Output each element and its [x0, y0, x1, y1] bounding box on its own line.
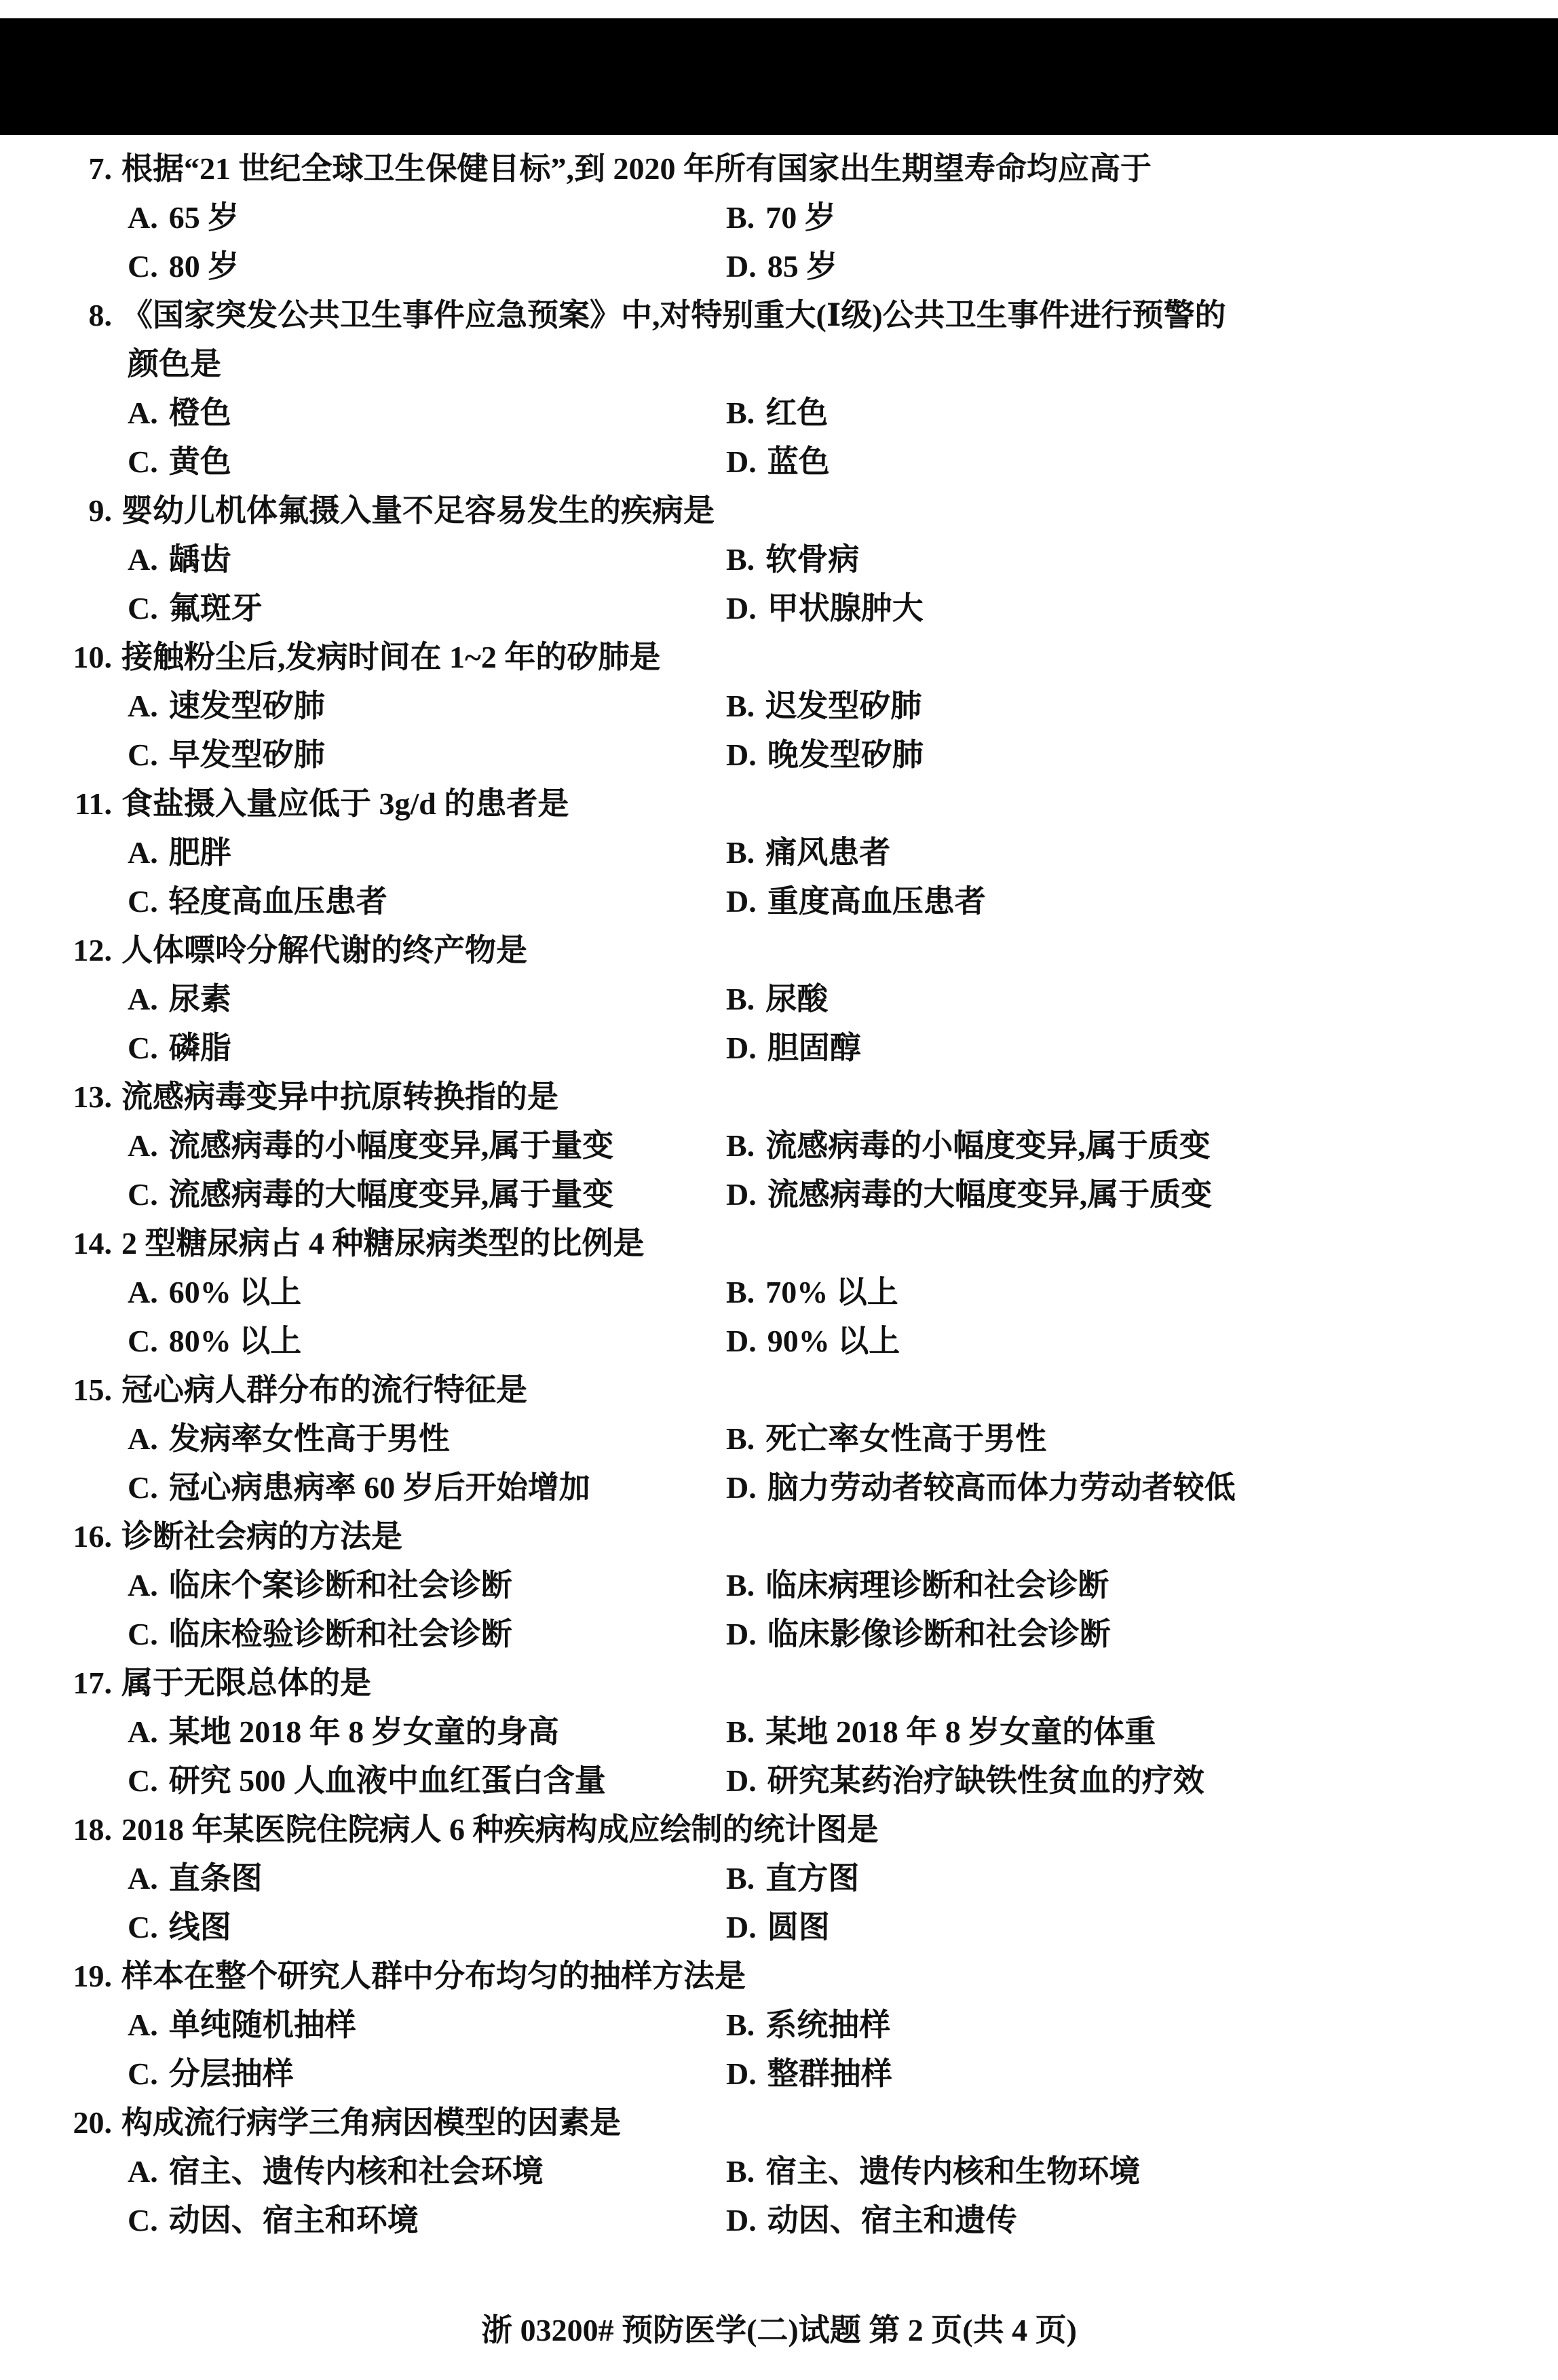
- question-stem: 冠心病人群分布的流行特征是: [121, 1375, 527, 1406]
- option-label: B.: [726, 544, 755, 575]
- question-8: 8. 《国家突发公共卫生事件应急预案》中,对特别重大(Ⅰ级)公共卫生事件进行预警…: [0, 291, 1558, 486]
- option-text: 研究 500 人血液中血红蛋白含量: [169, 1765, 606, 1797]
- option-label: D.: [726, 1326, 757, 1357]
- option-label: B.: [726, 2010, 755, 2041]
- option-label: B.: [726, 1570, 755, 1601]
- question-stem: 根据“21 世纪全球卫生保健目标”,到 2020 年所有国家出生期望寿命均应高于: [121, 153, 1152, 185]
- option-text: 晚发型矽肺: [767, 740, 924, 771]
- option-label: C.: [128, 1033, 158, 1064]
- option-b: B. 尿酸: [726, 984, 828, 1015]
- option-label: B.: [726, 837, 755, 868]
- page-footer: 浙 03200# 预防医学(二)试题 第 2 页(共 4 页): [0, 2305, 1558, 2350]
- option-label: A.: [128, 2010, 158, 2041]
- option-text: 分层抽样: [169, 2058, 294, 2090]
- option-label: C.: [128, 1179, 158, 1210]
- question-number: 18.: [0, 1814, 112, 1845]
- option-c: C. 线图: [128, 1912, 726, 1943]
- option-text: 痛风患者: [765, 837, 890, 868]
- option-a: A. 龋齿: [128, 544, 726, 575]
- option-label: C.: [128, 1912, 158, 1943]
- option-label: C.: [128, 2205, 158, 2236]
- option-c: C. 磷脂: [128, 1033, 726, 1064]
- question-number: 8.: [0, 300, 112, 331]
- option-text: 70 岁: [765, 202, 836, 233]
- option-d: D. 重度高血压患者: [726, 886, 986, 917]
- question-stem: 《国家突发公共卫生事件应急预案》中,对特别重大(Ⅰ级)公共卫生事件进行预警的: [121, 300, 1226, 331]
- option-text: 单纯随机抽样: [169, 2010, 356, 2041]
- question-7: 7. 根据“21 世纪全球卫生保健目标”,到 2020 年所有国家出生期望寿命均…: [0, 145, 1558, 291]
- question-17: 17. 属于无限总体的是 A. 某地 2018 年 8 岁女童的身高 B. 某地…: [0, 1659, 1558, 1805]
- option-text: 龋齿: [169, 544, 231, 575]
- question-number: 17.: [0, 1668, 112, 1699]
- option-a: A. 流感病毒的小幅度变异,属于量变: [128, 1130, 726, 1162]
- option-text: 70% 以上: [765, 1277, 898, 1308]
- question-number: 13.: [0, 1081, 112, 1113]
- option-label: D.: [726, 1472, 757, 1503]
- option-label: A.: [128, 1863, 158, 1894]
- option-label: B.: [726, 984, 755, 1015]
- questions-area: 7. 根据“21 世纪全球卫生保健目标”,到 2020 年所有国家出生期望寿命均…: [0, 145, 1558, 2245]
- option-label: D.: [726, 1179, 757, 1210]
- option-d: D. 胆固醇: [726, 1033, 861, 1064]
- option-label: B.: [726, 1277, 755, 1308]
- option-text: 尿酸: [765, 984, 828, 1015]
- option-d: D. 90% 以上: [726, 1326, 900, 1357]
- question-18: 18. 2018 年某医院住院病人 6 种疾病构成应绘制的统计图是 A. 直条图…: [0, 1805, 1558, 1952]
- question-stem-line2: 颜色是: [128, 349, 221, 380]
- option-text: 研究某药治疗缺铁性贫血的疗效: [767, 1765, 1204, 1797]
- question-stem: 2 型糖尿病占 4 种糖尿病类型的比例是: [121, 1228, 645, 1259]
- redacted-header-bar: [0, 18, 1558, 135]
- option-c: C. 分层抽样: [128, 2058, 726, 2090]
- option-label: D.: [726, 1619, 757, 1650]
- option-label: D.: [726, 1033, 757, 1064]
- question-stem: 样本在整个研究人群中分布均匀的抽样方法是: [121, 1961, 746, 1992]
- option-label: C.: [128, 1472, 158, 1503]
- option-c: C. 氟斑牙: [128, 593, 726, 624]
- option-b: B. 某地 2018 年 8 岁女童的体重: [726, 1716, 1156, 1748]
- option-text: 早发型矽肺: [169, 740, 325, 771]
- option-text: 直条图: [169, 1863, 263, 1894]
- option-label: C.: [128, 446, 158, 478]
- option-text: 系统抽样: [765, 2010, 890, 2041]
- option-label: A.: [128, 202, 158, 233]
- option-c: C. 早发型矽肺: [128, 740, 726, 771]
- option-c: C. 冠心病患病率 60 岁后开始增加: [128, 1472, 726, 1503]
- option-text: 尿素: [169, 984, 231, 1015]
- option-a: A. 临床个案诊断和社会诊断: [128, 1570, 726, 1601]
- option-label: A.: [128, 398, 158, 429]
- option-text: 动因、宿主和遗传: [767, 2205, 1017, 2236]
- option-text: 脑力劳动者较高而体力劳动者较低: [767, 1472, 1236, 1503]
- option-text: 甲状腺肿大: [767, 593, 924, 624]
- question-number: 15.: [0, 1375, 112, 1406]
- question-11: 11. 食盐摄入量应低于 3g/d 的患者是 A. 肥胖 B. 痛风患者 C. …: [0, 780, 1558, 926]
- option-label: A.: [128, 837, 158, 868]
- question-13: 13. 流感病毒变异中抗原转换指的是 A. 流感病毒的小幅度变异,属于量变 B.…: [0, 1073, 1558, 1219]
- question-number: 10.: [0, 642, 112, 673]
- option-b: B. 痛风患者: [726, 837, 890, 868]
- option-label: A.: [128, 1716, 158, 1748]
- option-a: A. 单纯随机抽样: [128, 2010, 726, 2041]
- option-d: D. 动因、宿主和遗传: [726, 2205, 1017, 2236]
- option-d: D. 流感病毒的大幅度变异,属于质变: [726, 1179, 1212, 1210]
- question-number: 9.: [0, 495, 112, 526]
- option-b: B. 死亡率女性高于男性: [726, 1423, 1046, 1455]
- option-text: 胆固醇: [767, 1033, 861, 1064]
- option-label: D.: [726, 740, 757, 771]
- question-12: 12. 人体嘌呤分解代谢的终产物是 A. 尿素 B. 尿酸 C. 磷脂: [0, 926, 1558, 1073]
- option-b: B. 软骨病: [726, 544, 859, 575]
- option-text: 死亡率女性高于男性: [765, 1423, 1046, 1455]
- option-text: 线图: [169, 1912, 231, 1943]
- option-text: 肥胖: [169, 837, 231, 868]
- question-number: 11.: [0, 788, 112, 820]
- option-text: 宿主、遗传内核和社会环境: [169, 2156, 544, 2187]
- question-number: 16.: [0, 1521, 112, 1552]
- option-a: A. 速发型矽肺: [128, 691, 726, 722]
- question-19: 19. 样本在整个研究人群中分布均匀的抽样方法是 A. 单纯随机抽样 B. 系统…: [0, 1952, 1558, 2098]
- option-text: 圆图: [767, 1912, 830, 1943]
- option-text: 发病率女性高于男性: [169, 1423, 450, 1455]
- option-b: B. 70 岁: [726, 202, 836, 233]
- question-stem: 人体嘌呤分解代谢的终产物是: [121, 935, 527, 966]
- option-c: C. 80% 以上: [128, 1326, 726, 1357]
- question-stem: 构成流行病学三角病因模型的因素是: [121, 2107, 621, 2138]
- option-text: 80% 以上: [169, 1326, 302, 1357]
- option-label: A.: [128, 984, 158, 1015]
- option-text: 轻度高血压患者: [169, 886, 387, 917]
- option-text: 临床病理诊断和社会诊断: [765, 1570, 1109, 1601]
- option-d: D. 晚发型矽肺: [726, 740, 924, 771]
- option-label: D.: [726, 886, 757, 917]
- option-b: B. 宿主、遗传内核和生物环境: [726, 2156, 1140, 2187]
- option-label: B.: [726, 1716, 755, 1748]
- question-number: 7.: [0, 153, 112, 185]
- question-number: 14.: [0, 1228, 112, 1259]
- question-16: 16. 诊断社会病的方法是 A. 临床个案诊断和社会诊断 B. 临床病理诊断和社…: [0, 1512, 1558, 1659]
- option-text: 软骨病: [765, 544, 859, 575]
- option-a: A. 某地 2018 年 8 岁女童的身高: [128, 1716, 726, 1748]
- option-label: B.: [726, 2156, 755, 2187]
- option-text: 红色: [765, 398, 828, 429]
- option-d: D. 研究某药治疗缺铁性贫血的疗效: [726, 1765, 1204, 1797]
- option-text: 磷脂: [169, 1033, 231, 1064]
- option-text: 整群抽样: [767, 2058, 892, 2090]
- question-10: 10. 接触粉尘后,发病时间在 1~2 年的矽肺是 A. 速发型矽肺 B. 迟发…: [0, 633, 1558, 780]
- option-label: C.: [128, 251, 158, 282]
- option-b: B. 系统抽样: [726, 2010, 890, 2041]
- option-c: C. 临床检验诊断和社会诊断: [128, 1619, 726, 1650]
- option-label: D.: [726, 1765, 757, 1797]
- option-d: D. 整群抽样: [726, 2058, 892, 2090]
- option-d: D. 圆图: [726, 1912, 830, 1943]
- option-text: 宿主、遗传内核和生物环境: [765, 2156, 1140, 2187]
- option-label: B.: [726, 202, 755, 233]
- option-a: A. 宿主、遗传内核和社会环境: [128, 2156, 726, 2187]
- option-label: D.: [726, 1912, 757, 1943]
- option-label: B.: [726, 691, 755, 722]
- option-text: 流感病毒的小幅度变异,属于质变: [765, 1130, 1211, 1162]
- option-c: C. 80 岁: [128, 251, 726, 282]
- option-text: 动因、宿主和环境: [169, 2205, 419, 2236]
- option-text: 90% 以上: [767, 1326, 900, 1357]
- option-b: B. 流感病毒的小幅度变异,属于质变: [726, 1130, 1211, 1162]
- question-stem: 接触粉尘后,发病时间在 1~2 年的矽肺是: [121, 642, 660, 673]
- option-text: 蓝色: [767, 446, 830, 478]
- option-label: B.: [726, 398, 755, 429]
- option-text: 氟斑牙: [169, 593, 263, 624]
- option-d: D. 临床影像诊断和社会诊断: [726, 1619, 1111, 1650]
- option-label: D.: [726, 2058, 757, 2090]
- question-15: 15. 冠心病人群分布的流行特征是 A. 发病率女性高于男性 B. 死亡率女性高…: [0, 1366, 1558, 1512]
- question-stem: 诊断社会病的方法是: [121, 1521, 402, 1552]
- option-a: A. 橙色: [128, 398, 726, 429]
- option-d: D. 蓝色: [726, 446, 830, 478]
- option-label: C.: [128, 2058, 158, 2090]
- option-label: C.: [128, 1326, 158, 1357]
- option-text: 临床影像诊断和社会诊断: [767, 1619, 1111, 1650]
- option-label: C.: [128, 740, 158, 771]
- option-label: A.: [128, 544, 158, 575]
- option-label: C.: [128, 593, 158, 624]
- option-label: A.: [128, 1277, 158, 1308]
- question-stem: 食盐摄入量应低于 3g/d 的患者是: [121, 788, 569, 820]
- option-label: A.: [128, 2156, 158, 2187]
- option-a: A. 65 岁: [128, 202, 726, 233]
- option-text: 65 岁: [169, 202, 240, 233]
- option-label: D.: [726, 446, 757, 478]
- option-text: 85 岁: [767, 251, 838, 282]
- option-a: A. 发病率女性高于男性: [128, 1423, 726, 1455]
- option-b: B. 迟发型矽肺: [726, 691, 921, 722]
- option-c: C. 轻度高血压患者: [128, 886, 726, 917]
- option-label: C.: [128, 1619, 158, 1650]
- option-a: A. 肥胖: [128, 837, 726, 868]
- option-label: D.: [726, 593, 757, 624]
- question-20: 20. 构成流行病学三角病因模型的因素是 A. 宿主、遗传内核和社会环境 B. …: [0, 2098, 1558, 2245]
- question-stem: 2018 年某医院住院病人 6 种疾病构成应绘制的统计图是: [121, 1814, 879, 1845]
- option-text: 迟发型矽肺: [765, 691, 921, 722]
- option-label: A.: [128, 1130, 158, 1162]
- question-stem: 属于无限总体的是: [121, 1668, 371, 1699]
- option-text: 某地 2018 年 8 岁女童的体重: [765, 1716, 1156, 1748]
- option-b: B. 70% 以上: [726, 1277, 898, 1308]
- question-stem: 流感病毒变异中抗原转换指的是: [121, 1081, 558, 1113]
- option-label: A.: [128, 1423, 158, 1455]
- option-label: D.: [726, 2205, 757, 2236]
- option-d: D. 甲状腺肿大: [726, 593, 924, 624]
- option-text: 80 岁: [169, 251, 240, 282]
- option-label: B.: [726, 1863, 755, 1894]
- option-text: 某地 2018 年 8 岁女童的身高: [169, 1716, 559, 1748]
- option-label: C.: [128, 886, 158, 917]
- question-14: 14. 2 型糖尿病占 4 种糖尿病类型的比例是 A. 60% 以上 B. 70…: [0, 1219, 1558, 1366]
- option-a: A. 直条图: [128, 1863, 726, 1894]
- option-b: B. 红色: [726, 398, 828, 429]
- option-label: A.: [128, 1570, 158, 1601]
- option-text: 60% 以上: [169, 1277, 302, 1308]
- option-text: 流感病毒的大幅度变异,属于质变: [767, 1179, 1213, 1210]
- option-text: 临床检验诊断和社会诊断: [169, 1619, 512, 1650]
- option-label: B.: [726, 1423, 755, 1455]
- question-stem: 婴幼儿机体氟摄入量不足容易发生的疾病是: [121, 495, 715, 526]
- option-text: 流感病毒的大幅度变异,属于量变: [169, 1179, 614, 1210]
- question-number: 19.: [0, 1961, 112, 1992]
- option-text: 橙色: [169, 398, 231, 429]
- option-text: 直方图: [765, 1863, 859, 1894]
- option-c: C. 动因、宿主和环境: [128, 2205, 726, 2236]
- option-text: 黄色: [169, 446, 231, 478]
- option-a: A. 60% 以上: [128, 1277, 726, 1308]
- option-label: C.: [128, 1765, 158, 1797]
- option-text: 流感病毒的小幅度变异,属于量变: [169, 1130, 614, 1162]
- question-number: 20.: [0, 2107, 112, 2138]
- option-c: C. 黄色: [128, 446, 726, 478]
- option-b: B. 临床病理诊断和社会诊断: [726, 1570, 1109, 1601]
- option-text: 速发型矽肺: [169, 691, 325, 722]
- option-c: C. 流感病毒的大幅度变异,属于量变: [128, 1179, 726, 1210]
- question-9: 9. 婴幼儿机体氟摄入量不足容易发生的疾病是 A. 龋齿 B. 软骨病 C. 氟…: [0, 486, 1558, 633]
- option-d: D. 85 岁: [726, 251, 837, 282]
- option-d: D. 脑力劳动者较高而体力劳动者较低: [726, 1472, 1236, 1503]
- option-a: A. 尿素: [128, 984, 726, 1015]
- option-b: B. 直方图: [726, 1863, 859, 1894]
- option-text: 冠心病患病率 60 岁后开始增加: [169, 1472, 590, 1503]
- option-text: 临床个案诊断和社会诊断: [169, 1570, 512, 1601]
- option-label: D.: [726, 251, 757, 282]
- exam-paper-page: 7. 根据“21 世纪全球卫生保健目标”,到 2020 年所有国家出生期望寿命均…: [0, 0, 1558, 2380]
- option-label: B.: [726, 1130, 755, 1162]
- option-c: C. 研究 500 人血液中血红蛋白含量: [128, 1765, 726, 1797]
- option-text: 重度高血压患者: [767, 886, 986, 917]
- option-label: A.: [128, 691, 158, 722]
- question-number: 12.: [0, 935, 112, 966]
